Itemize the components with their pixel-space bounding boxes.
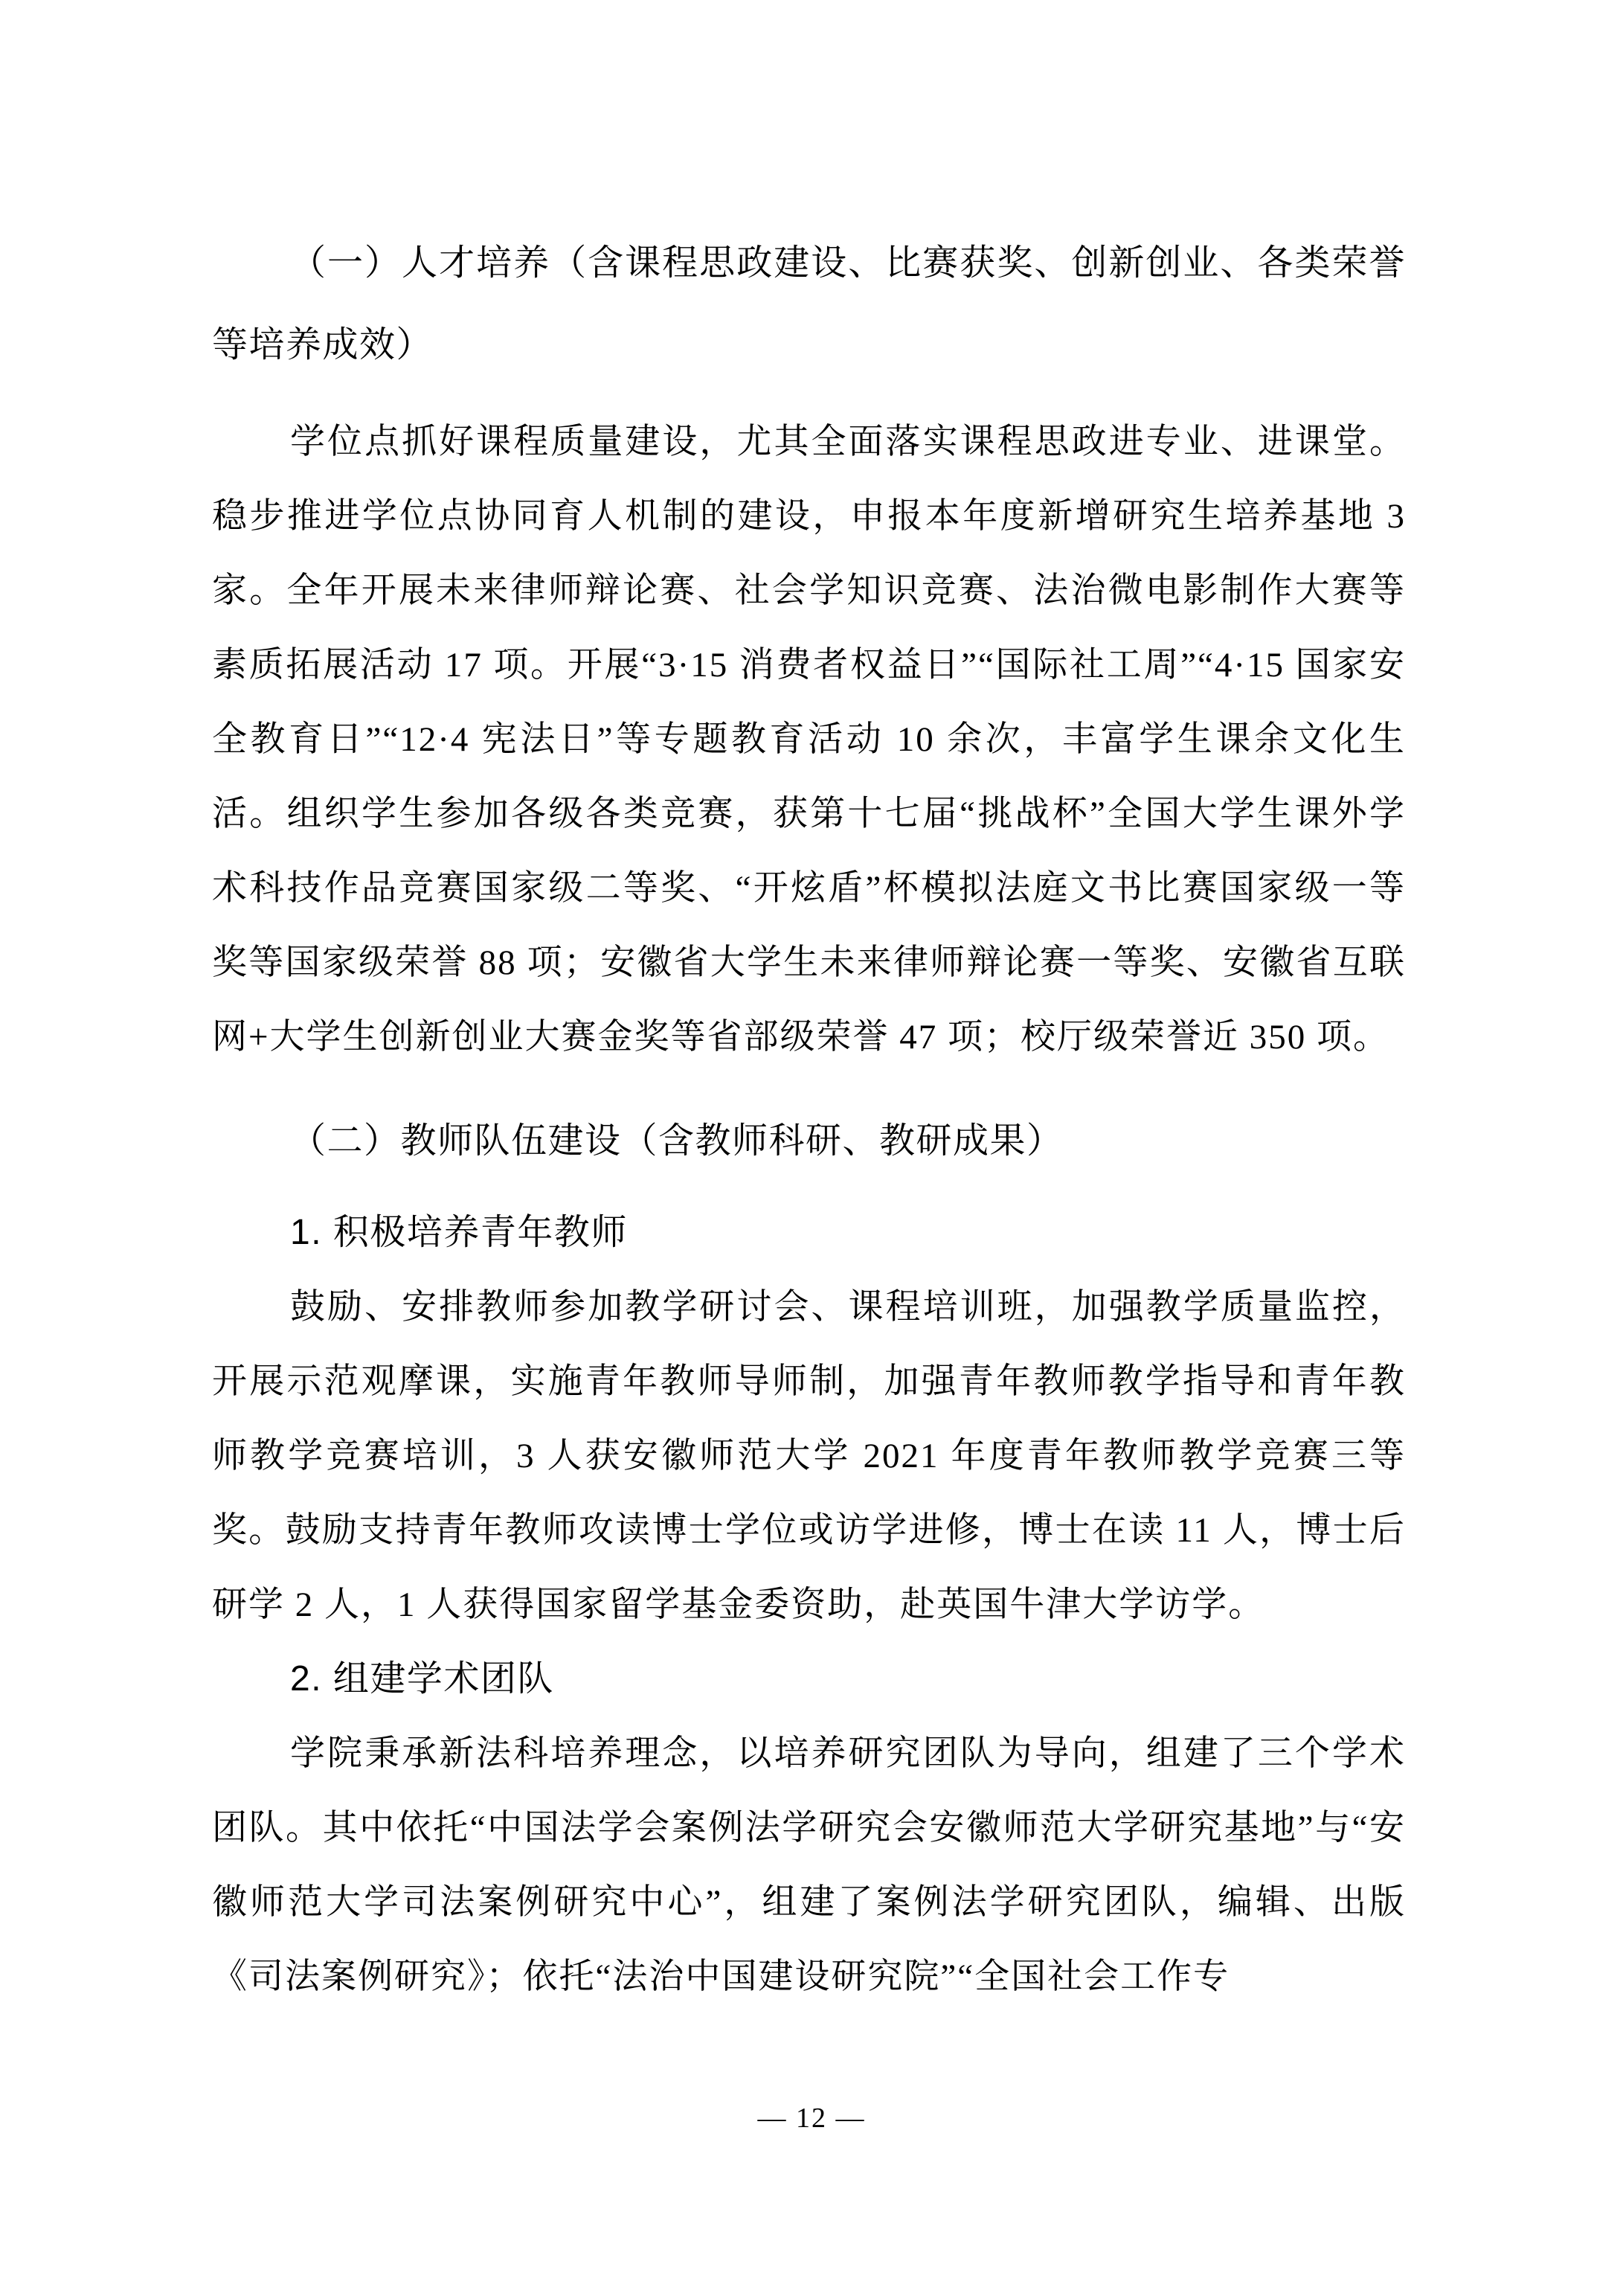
section-2-sub-1-heading: 1. 积极培养青年教师: [212, 1196, 1406, 1270]
document-page: （一）人才培养（含课程思政建设、比赛获奖、创新创业、各类荣誉等培养成效） 学位点…: [0, 0, 1623, 2296]
page-footer: — 12 —: [0, 2100, 1623, 2137]
section-2-heading: （二）教师队伍建设（含教师科研、教研成果）: [212, 1100, 1406, 1182]
section-1-paragraph: 学位点抓好课程质量建设，尤其全面落实课程思政进专业、进课堂。稳步推进学位点协同育…: [212, 405, 1406, 1074]
section-1-heading: （一）人才培养（含课程思政建设、比赛获奖、创新创业、各类荣誉等培养成效）: [212, 222, 1406, 386]
report-body: （一）人才培养（含课程思政建设、比赛获奖、创新创业、各类荣誉等培养成效） 学位点…: [212, 0, 1406, 2014]
section-2-sub-2-heading: 2. 组建学术团队: [212, 1642, 1406, 1716]
section-2-sub-1-paragraph: 鼓励、安排教师参加教学研讨会、课程培训班，加强教学质量监控，开展示范观摩课，实施…: [212, 1270, 1406, 1642]
page-number: — 12 —: [758, 2103, 866, 2134]
section-2-sub-2-paragraph: 学院秉承新法科培养理念，以培养研究团队为导向，组建了三个学术团队。其中依托“中国…: [212, 1716, 1406, 2014]
